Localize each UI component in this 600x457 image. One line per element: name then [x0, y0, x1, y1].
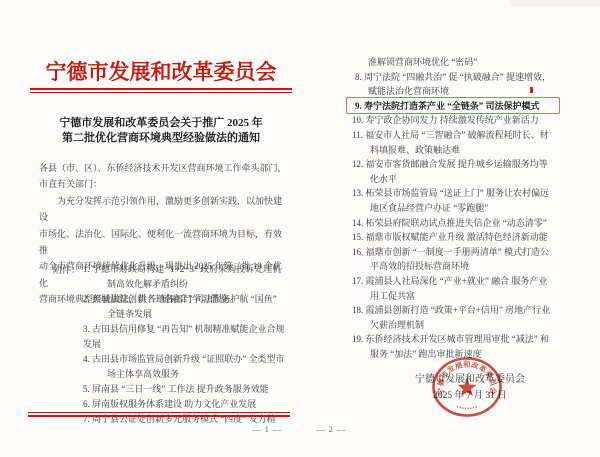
list-line: 地区食品经营户办证 “零跑腿” [352, 201, 584, 216]
body-line: 为充分发挥示范引领作用，激励更多创新实践，以加快建设 [39, 193, 287, 226]
attachment-list: 1. 宁德市财政局构建 “1+2+3” 政府采购投诉处理机制高效化解矛盾纠纷2.… [83, 262, 291, 427]
attachment-line: 场主体享高效服务 [83, 367, 291, 382]
attachment-line: 1. 宁德市财政局构建 “1+2+3” 政府采购投诉处理机 [83, 262, 291, 277]
page-number-1: — 1 — [252, 424, 283, 434]
page-number-2: — 2 — [316, 424, 347, 434]
seal-bottom-code [457, 407, 477, 409]
list-line: 16. 福鼎市创新 “一制度一手册两清单” 模式打造公 [352, 245, 584, 260]
body-line: 市直有关部门： [39, 176, 287, 192]
list-line: 12. 福安市客货邮融合发展 提升城乡运输服务均等 [352, 157, 584, 172]
attachment-line: 5. 屏南县 “三日一线” 工作法 提升政务服务效能 [83, 382, 291, 397]
list-line: 10. 寿宁政企协同发力 持续激发传统产业新活力 [352, 113, 584, 128]
list-line: 19. 东侨经济技术开发区城市管理用审批 “减法” 和 [352, 332, 584, 347]
attachment-line: 2. 蕉城法院创新 “三链融合” 司法服务护航 “国鱼” [83, 292, 291, 307]
list-line: 15. 福鼎市版权赋能产业升级 激活特色经济新动能 [352, 230, 584, 245]
list-line: 准解锁营商环境优化 “密码” [352, 55, 584, 70]
page-1: 宁德市发展和改革委员会 宁德市发展和改革委员会关于推广 2025 年 第二批优化… [0, 0, 300, 457]
list-line: 平高效的招投标营商环境 [352, 259, 584, 274]
experience-list-continued: 准解锁营商环境优化 “密码”8. 周宁法院 “四融共治” 促 “执破融合” 提速… [352, 55, 584, 361]
list-line: 18. 霞浦县创新打造 “政策+平台+信用” 房地产行业 [352, 303, 584, 318]
document-title-line-1: 宁德市发展和改革委员会关于推广 2025 年 [26, 116, 296, 131]
body-line: 各县（市、区）、东侨经济技术开发区营商环境工作牵头部门， [39, 160, 287, 176]
star-icon [458, 378, 477, 396]
body-line: 市场化、法治化、国际化、便利化一流营商环境为目标，有效推 [39, 226, 287, 259]
attachment-line: 制高效化解矛盾纠纷 [83, 277, 291, 292]
attachment-line: 4. 古田县市场监管局创新升级 “证照联办” 全类型市 [83, 352, 291, 367]
attachment-line: 3. 古田县信用修复 “再告知” 机制精准赋能企业合规发展 [83, 322, 291, 352]
agency-masthead: 宁德市发展和改革委员会 [30, 56, 292, 86]
list-line: 8. 周宁法院 “四融共治” 促 “执破融合” 提速增效， [352, 70, 584, 85]
red-footer-rule [28, 412, 290, 417]
list-line: 9. 寿宁法院打造茶产业 “全链条” 司法保护模式 [352, 99, 584, 114]
attachment-line: 6. 屏南版权服务体系建设 助力文化产业发展 [83, 397, 291, 412]
list-line: 用工促共富 [352, 289, 584, 304]
list-line: 14. 柘荣县府院联动试点推进失信企业 “动态清零” [352, 216, 584, 231]
red-header-rule [30, 88, 292, 93]
list-line: 欠薪治理机制 [352, 318, 584, 333]
list-line: 化水平 [352, 172, 584, 187]
document-title-line-2: 第二批优化营商环境典型经验做法的通知 [26, 131, 296, 146]
list-line: 17. 霞浦县人社局深化 “产业+就业” 融合 服务产业 [352, 274, 584, 289]
attachment-line: 全链条发展 [83, 307, 291, 322]
document-title: 宁德市发展和改革委员会关于推广 2025 年 第二批优化营商环境典型经验做法的通… [26, 116, 296, 146]
list-line: 13. 柘荣县市场监管局 “送证上门” 服务让农村偏远 [352, 186, 584, 201]
red-tick-mark [530, 87, 533, 93]
official-seal: 宁德市发展和改革委员会 [423, 349, 511, 425]
scanned-document: 宁德市发展和改革委员会 宁德市发展和改革委员会关于推广 2025 年 第二批优化… [0, 0, 600, 457]
attachment-label: 附件： [53, 263, 80, 276]
list-line: 料填报难、政策触达难 [352, 143, 584, 158]
list-line: 11. 福安市人社局 “三智融合” 破解流程耗时长、材 [352, 128, 584, 143]
